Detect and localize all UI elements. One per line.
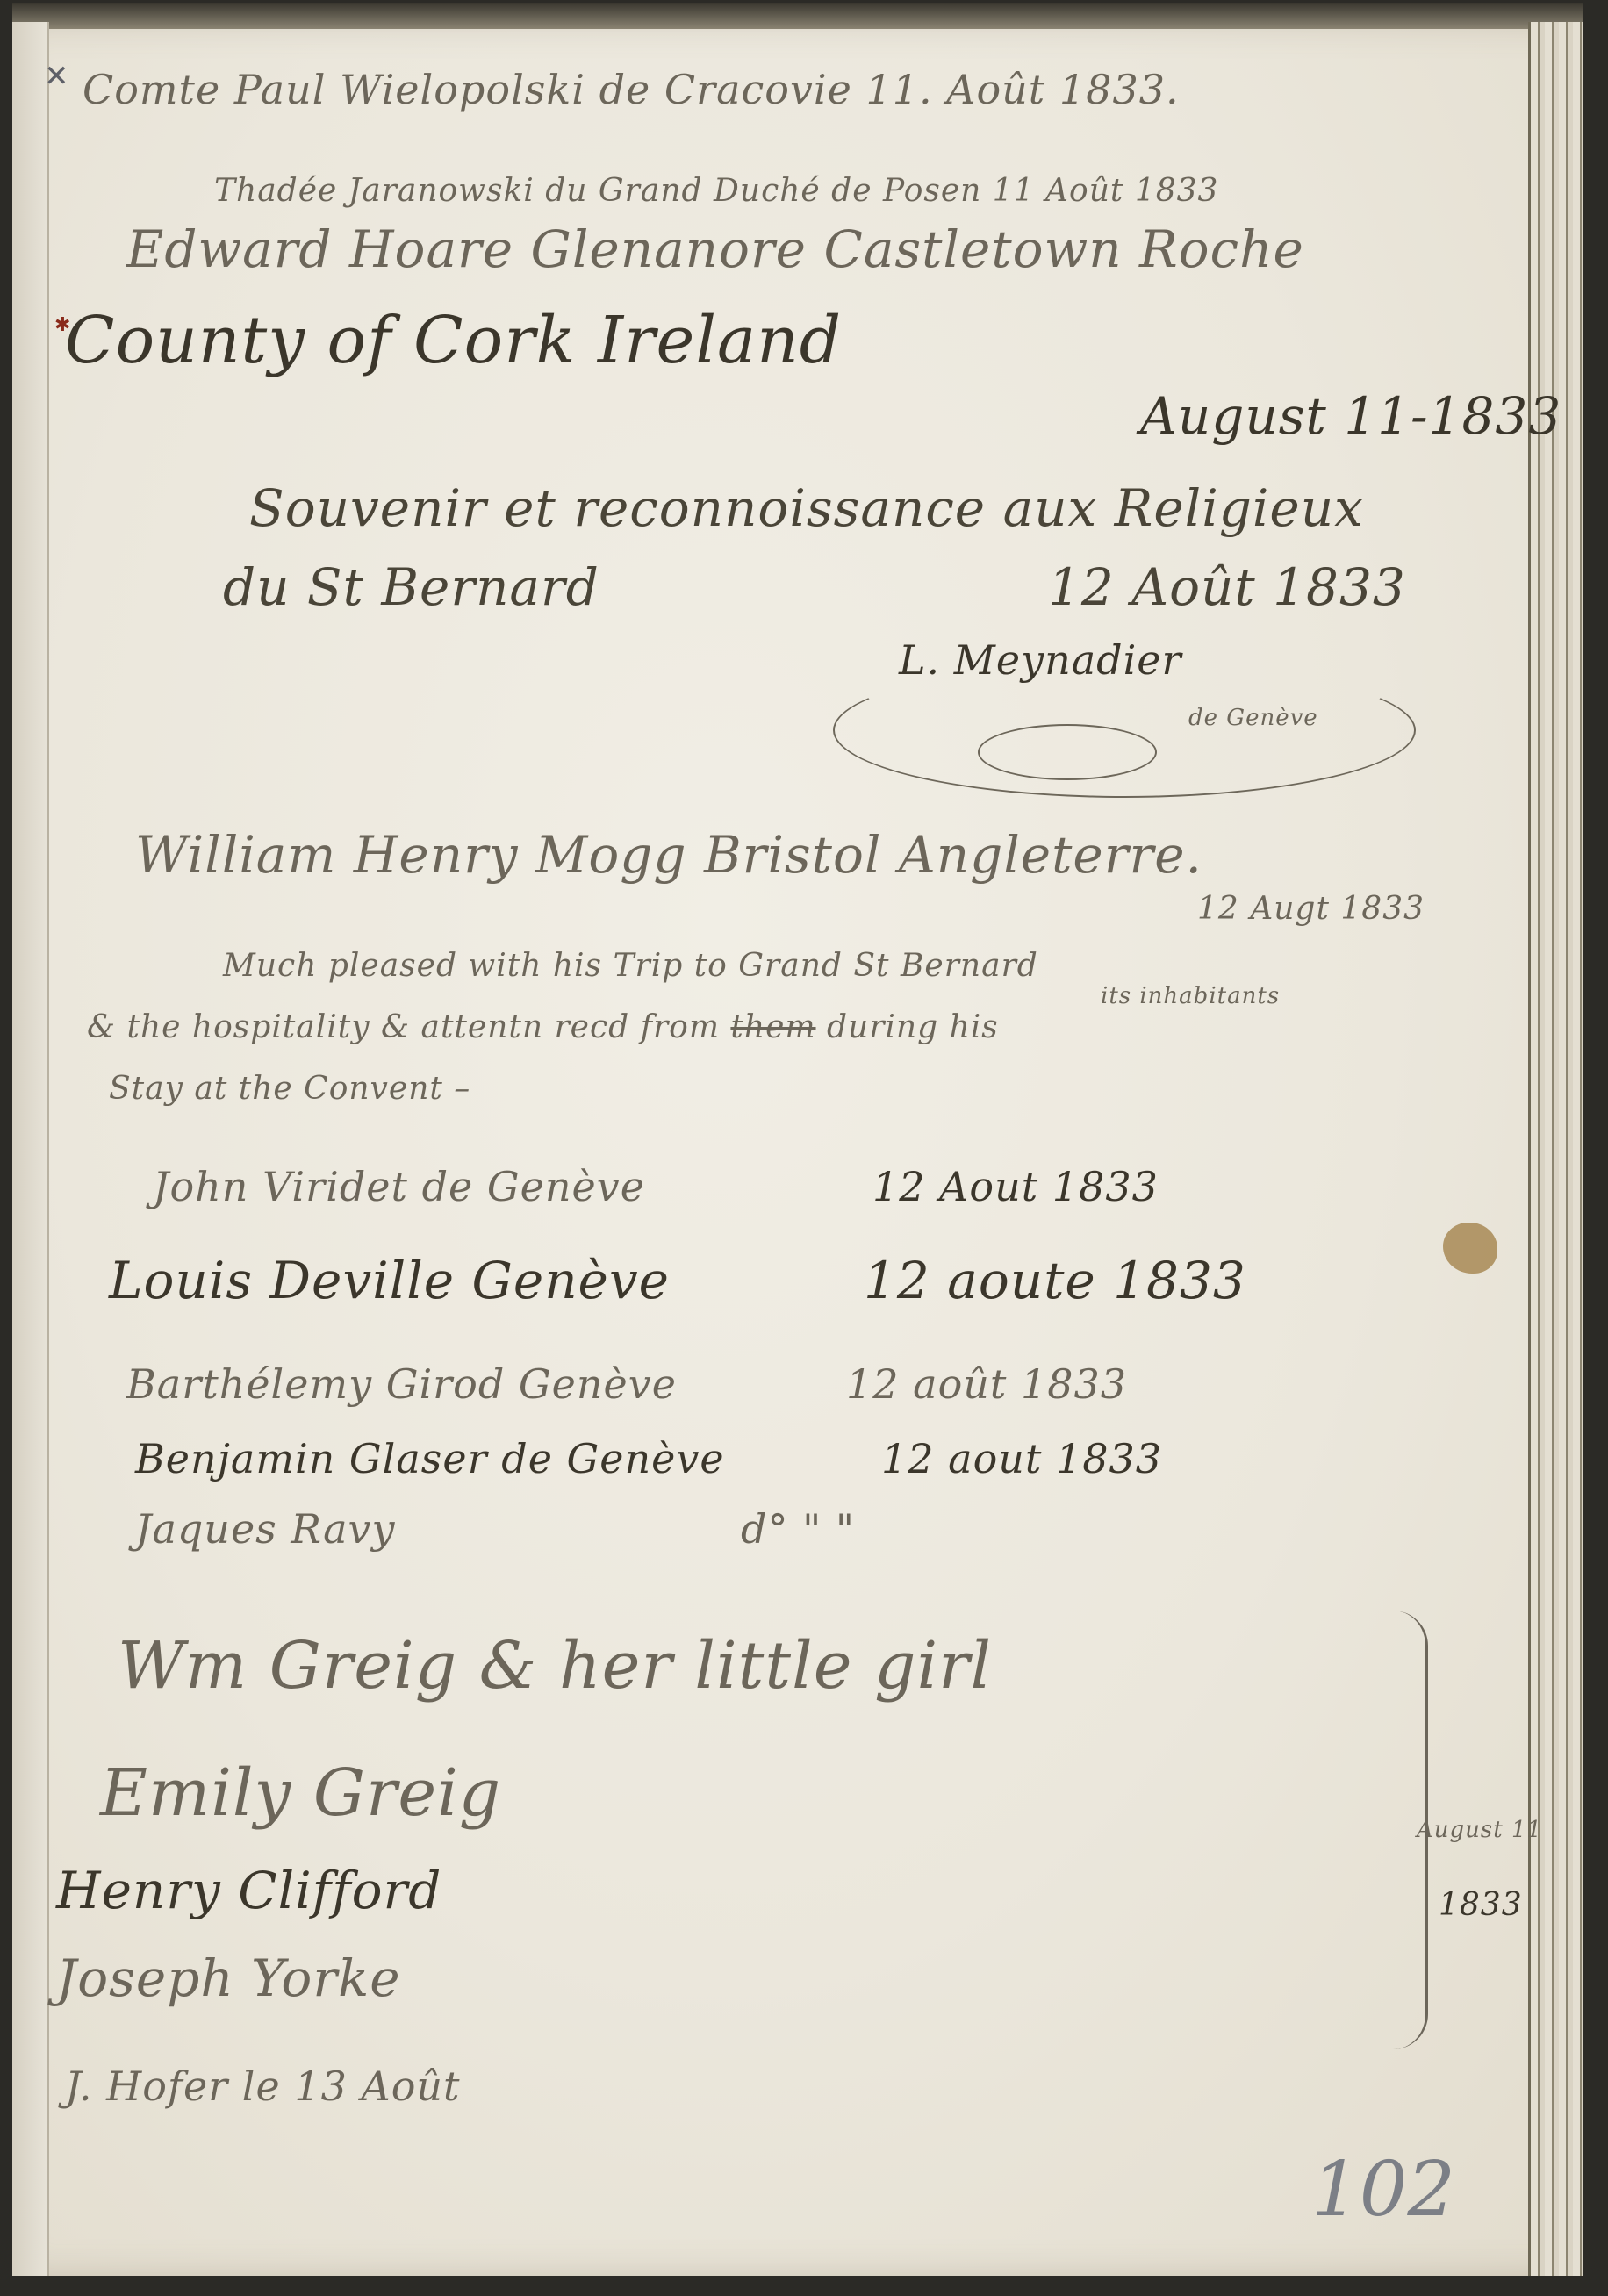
entry-glaser-date: 12 aout 1833	[881, 1435, 1162, 1482]
entry-girod-date: 12 août 1833	[846, 1360, 1127, 1408]
entry-ravy-ditto: d° " "	[741, 1505, 855, 1553]
entry-greig-line1: Wm Greig & her little girl	[118, 1628, 992, 1704]
entry-mogg-note-line3: Stay at the Convent –	[109, 1071, 470, 1107]
entry-hofer: J. Hofer le 13 Août	[65, 2063, 461, 2110]
entry-jaranowski: Thadée Jaranowski du Grand Duché de Pose…	[214, 173, 1218, 209]
entry-meynadier-line1: Souvenir et reconnoissance aux Religieux	[249, 478, 1364, 538]
entry-mogg-name: William Henry Mogg Bristol Angleterre.	[135, 825, 1202, 885]
manuscript-page: ✕ Comte Paul Wielopolski de Cracovie 11.…	[12, 19, 1583, 2276]
signature-flourish-loop	[978, 724, 1157, 780]
entry-mogg-note-line1: Much pleased with his Trip to Grand St B…	[223, 948, 1038, 984]
entry-hoare-date: August 11-1833	[1140, 386, 1561, 446]
entry-ravy-name: Jaques Ravy	[135, 1505, 395, 1553]
entry-mogg-note-line2: & the hospitality & attentn recd from th…	[87, 1009, 999, 1045]
entry-greig-line4: Joseph Yorke	[56, 1948, 401, 2008]
entry-viridet-name: John Viridet de Genève	[153, 1163, 645, 1210]
entry-hoare-line1: Edward Hoare Glenanore Castletown Roche	[126, 219, 1304, 279]
note-struck-word: them	[730, 1009, 815, 1045]
entry-mogg-note-insertion: its inhabitants	[1101, 983, 1280, 1009]
entry-greig-line2: Emily Greig	[100, 1755, 501, 1831]
page-stack-edges	[1528, 22, 1583, 2276]
entry-viridet-date: 12 Aout 1833	[872, 1163, 1159, 1210]
entry-meynadier-date: 12 Août 1833	[1048, 557, 1406, 617]
entry-deville-date: 12 aoute 1833	[864, 1251, 1246, 1310]
entry-glaser-name: Benjamin Glaser de Genève	[135, 1435, 725, 1482]
folio-number: 102	[1311, 2146, 1455, 2234]
binding-gutter	[12, 22, 49, 2276]
entry-girod-name: Barthélemy Girod Genève	[126, 1360, 677, 1408]
entry-deville-name: Louis Deville Genève	[109, 1251, 670, 1310]
bracket-date-line2: 1833	[1439, 1887, 1523, 1923]
entry-wielopolski: Comte Paul Wielopolski de Cracovie 11. A…	[83, 66, 1180, 113]
margin-cross-mark: ✕	[44, 59, 69, 94]
entry-hoare-line2: County of Cork Ireland	[65, 303, 842, 378]
book-top-edge	[12, 3, 1583, 29]
note-line2-after: during his	[827, 1009, 999, 1045]
entry-mogg-date: 12 Augt 1833	[1197, 891, 1425, 927]
bracket-date-line1: August 11	[1417, 1817, 1542, 1843]
note-line2-before: & the hospitality & attentn recd from	[87, 1009, 720, 1045]
entry-greig-line3: Henry Clifford	[56, 1861, 441, 1920]
entry-meynadier-line2: du St Bernard	[223, 557, 599, 617]
ink-stain	[1443, 1223, 1497, 1274]
